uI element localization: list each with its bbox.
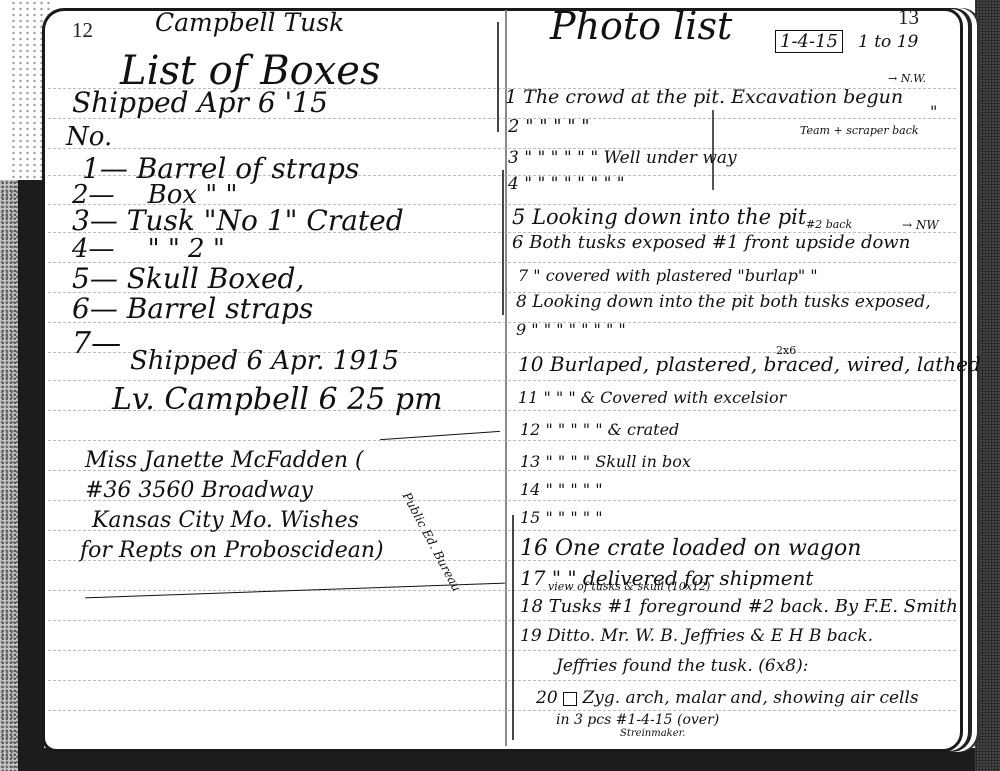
box-icon: [563, 692, 577, 706]
side-note: Team + scraper back: [800, 124, 919, 137]
photo-entry: 6 Both tusks exposed #1 front upside dow…: [512, 232, 910, 253]
note-line: #36 3560 Broadway: [85, 478, 313, 503]
photo-entry: 9 " " " " " " " ": [516, 320, 626, 339]
photo-entry: 19 Ditto. Mr. W. B. Jeffries & E H B bac…: [520, 626, 873, 646]
gutter-mark: [512, 515, 514, 740]
ruled-line: [48, 650, 956, 651]
ruled-line: [48, 590, 956, 591]
photo-entry: 16 One crate loaded on wagon: [520, 536, 861, 561]
date-box: 1-4-15: [775, 30, 843, 53]
direction-note: → NW: [902, 218, 939, 232]
shipped-line: Shipped 6 Apr. 1915: [130, 346, 399, 376]
ruled-line: [48, 380, 956, 381]
ruled-line: [48, 620, 956, 621]
photo-entry: 5 Looking down into the pit: [512, 205, 806, 229]
box-list-item: 5— Skull Boxed,: [72, 262, 304, 295]
heading: Campbell Tusk: [155, 8, 344, 37]
note-line: for Repts on Proboscidean): [80, 538, 384, 563]
photo-entry-continued: Jeffries found the tusk. (6x8):: [556, 656, 808, 676]
gutter-mark: [502, 170, 504, 315]
photo-entry: 7 " covered with plastered "burlap" ": [518, 266, 818, 285]
box-list-item: 4— " " 2 ": [72, 234, 225, 264]
side-note: #2 back: [806, 218, 852, 231]
photo-entry: 4 " " " " " " " ": [508, 174, 625, 194]
photo-entry: 12 " " " " " & crated: [520, 420, 679, 439]
photo-entry: 18 Tusks #1 foreground #2 back. By F.E. …: [520, 596, 958, 617]
page-gutter: [505, 10, 507, 746]
ruled-line: [48, 148, 956, 149]
photo-entry: 8 Looking down into the pit both tusks e…: [516, 292, 931, 312]
ruled-line: [48, 440, 956, 441]
photo-entry-continued: in 3 pcs #1-4-15 (over): [556, 712, 719, 728]
ditto-note: ": [930, 102, 937, 121]
photo-entry: 11 " " " & Covered with excelsior: [518, 388, 786, 407]
ruled-line: [48, 710, 956, 711]
page-number-right: 13: [898, 5, 919, 30]
photo-range: 1 to 19: [858, 32, 918, 52]
page-number-left: 12: [72, 18, 93, 43]
side-note: 2x6: [776, 344, 796, 357]
note-line: Miss Janette McFadden (: [85, 448, 364, 473]
box-list-item: 7—: [72, 326, 121, 361]
book-cover-edge: [18, 180, 44, 771]
photo-entry: 15 " " " " ": [520, 508, 603, 527]
gutter-mark: [497, 22, 499, 132]
insert-note: view of tusks & skull (10x12): [548, 580, 710, 593]
photo-entry: 10 Burlaped, plastered, braced, wired, l…: [518, 352, 981, 376]
departure-line: Lv. Campbell 6 25 pm: [112, 382, 443, 417]
photo-entry: 14 " " " " ": [520, 480, 603, 499]
photo-entry: 1 The crowd at the pit. Excavation begun: [505, 86, 903, 108]
box-list-item: 6— Barrel straps: [72, 292, 313, 325]
scanned-notebook-spread: 12 Campbell Tusk List of Boxes Shipped A…: [0, 0, 1000, 771]
photo-entry: 3 " " " " " " Well under way: [508, 148, 737, 168]
photo-entry: 2 " " " " ": [508, 116, 589, 137]
column-label: No.: [66, 122, 112, 152]
shipped-date: Shipped Apr 6 '15: [72, 86, 328, 119]
ruled-line: [48, 680, 956, 681]
scan-noise: [975, 0, 1000, 771]
note-line: Kansas City Mo. Wishes: [92, 508, 359, 533]
direction-note: → N.W.: [888, 72, 926, 85]
box-list-item: 3— Tusk "No 1" Crated: [72, 204, 404, 237]
photo-entry: 20 Zyg. arch, malar and, showing air cel…: [536, 688, 919, 708]
side-note: Streinmaker.: [620, 728, 686, 739]
photo-list-title: Photo list: [550, 4, 732, 48]
photo-entry: 13 " " " " Skull in box: [520, 452, 691, 471]
